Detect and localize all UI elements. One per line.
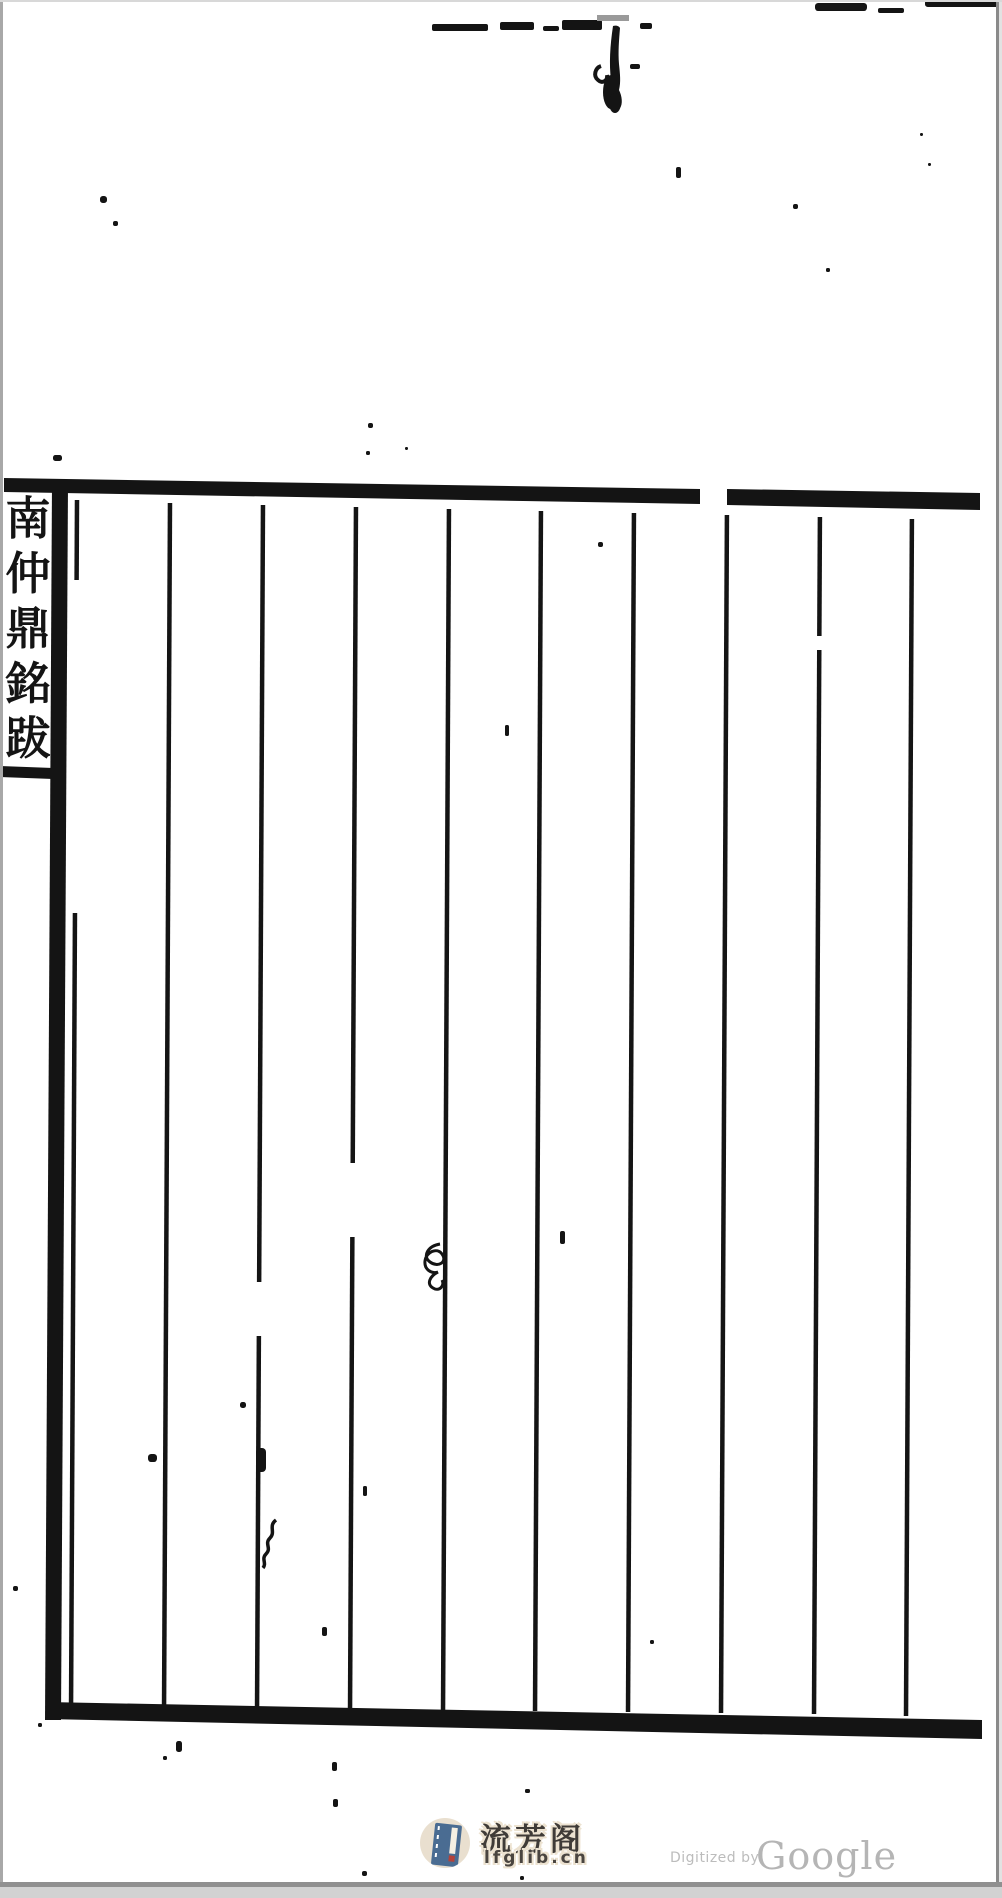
ink-speck <box>366 451 370 455</box>
column-rule <box>535 511 541 1711</box>
book-stitching <box>434 1826 440 1862</box>
ruled-frame <box>0 0 1002 1898</box>
top-border-right-segment <box>727 489 980 510</box>
column-rule <box>257 1336 259 1707</box>
ink-speck <box>100 196 107 203</box>
ink-speck <box>815 3 867 11</box>
column-rule <box>350 1237 352 1709</box>
watermark-badge <box>420 1818 470 1868</box>
ink-speck <box>363 1486 367 1496</box>
title-char-5: 跋 <box>4 712 52 767</box>
ink-speck <box>920 133 923 136</box>
title-char-2: 仲 <box>4 547 52 602</box>
top-border-left-segment <box>4 478 700 504</box>
ink-speck <box>598 542 603 547</box>
ink-speck <box>332 1762 337 1771</box>
title-char-1: 南 <box>4 492 52 547</box>
ink-speck <box>176 1741 182 1752</box>
grey-smudge <box>597 15 629 21</box>
column-rule <box>443 509 449 1710</box>
library-watermark: 流芳阁 lfglib.cn <box>420 1814 590 1876</box>
ink-dash <box>500 22 534 30</box>
ink-dash <box>543 26 559 31</box>
book-red-seal <box>448 1855 455 1862</box>
ink-dash <box>432 24 488 31</box>
ink-speck <box>53 455 62 461</box>
column-rule <box>259 505 263 1282</box>
column-rule <box>906 519 912 1716</box>
ink-speck <box>405 447 408 450</box>
curly-doodle <box>425 1244 444 1289</box>
ink-speck <box>560 1231 565 1244</box>
ink-hook <box>595 66 607 82</box>
ink-speck <box>676 167 681 178</box>
title-char-3: 鼎 <box>4 602 52 657</box>
column-rule <box>628 513 634 1712</box>
ink-dash <box>562 20 602 30</box>
squiggle-mark <box>263 1520 276 1568</box>
watermark-site-url: lfglib.cn <box>484 1848 589 1868</box>
ink-speck <box>630 64 640 69</box>
ink-blob-tail <box>609 93 621 113</box>
scan-edge-left <box>0 0 3 1898</box>
ink-speck <box>240 1402 246 1408</box>
column-rule <box>71 913 75 1705</box>
ink-speck <box>505 725 509 736</box>
ink-speck <box>520 1876 524 1880</box>
ink-speck <box>38 1723 42 1727</box>
scanned-page: 南 仲 鼎 銘 跋 流芳阁 lfglib.cn Digitized by Goo… <box>0 0 1002 1898</box>
ink-speck <box>878 8 904 13</box>
ink-speck <box>793 204 798 209</box>
ink-speck <box>256 1448 266 1472</box>
ink-speck <box>113 221 118 226</box>
ink-speck <box>13 1586 18 1591</box>
ink-specks <box>13 0 1002 1880</box>
ink-speck <box>650 1640 654 1644</box>
digitized-by-label: Digitized by <box>670 1850 759 1866</box>
title-char-4: 銘 <box>4 657 52 712</box>
scan-edge-top <box>0 0 1002 2</box>
ink-speck <box>163 1756 167 1760</box>
scan-edge-bottom-fill <box>0 1887 1002 1898</box>
google-wordmark: Google <box>756 1834 897 1878</box>
book-title-label <box>449 1827 458 1853</box>
ink-dash <box>640 23 652 29</box>
column-rule <box>819 517 820 636</box>
column-rule <box>814 650 819 1714</box>
ink-speck <box>322 1627 327 1636</box>
ink-speck <box>148 1454 157 1462</box>
column-rule <box>721 515 727 1713</box>
stitched-book-icon <box>431 1823 462 1868</box>
bottom-border <box>46 1702 982 1739</box>
column-rule <box>164 503 170 1706</box>
ink-speck <box>826 268 830 272</box>
column-rule <box>353 507 356 1163</box>
ink-speck <box>525 1789 530 1793</box>
ink-speck <box>928 163 931 166</box>
ink-speck <box>368 423 373 428</box>
ink-speck <box>362 1871 367 1876</box>
ink-speck <box>333 1799 338 1807</box>
margin-title: 南 仲 鼎 銘 跋 <box>4 492 52 770</box>
column-rules <box>71 500 912 1716</box>
